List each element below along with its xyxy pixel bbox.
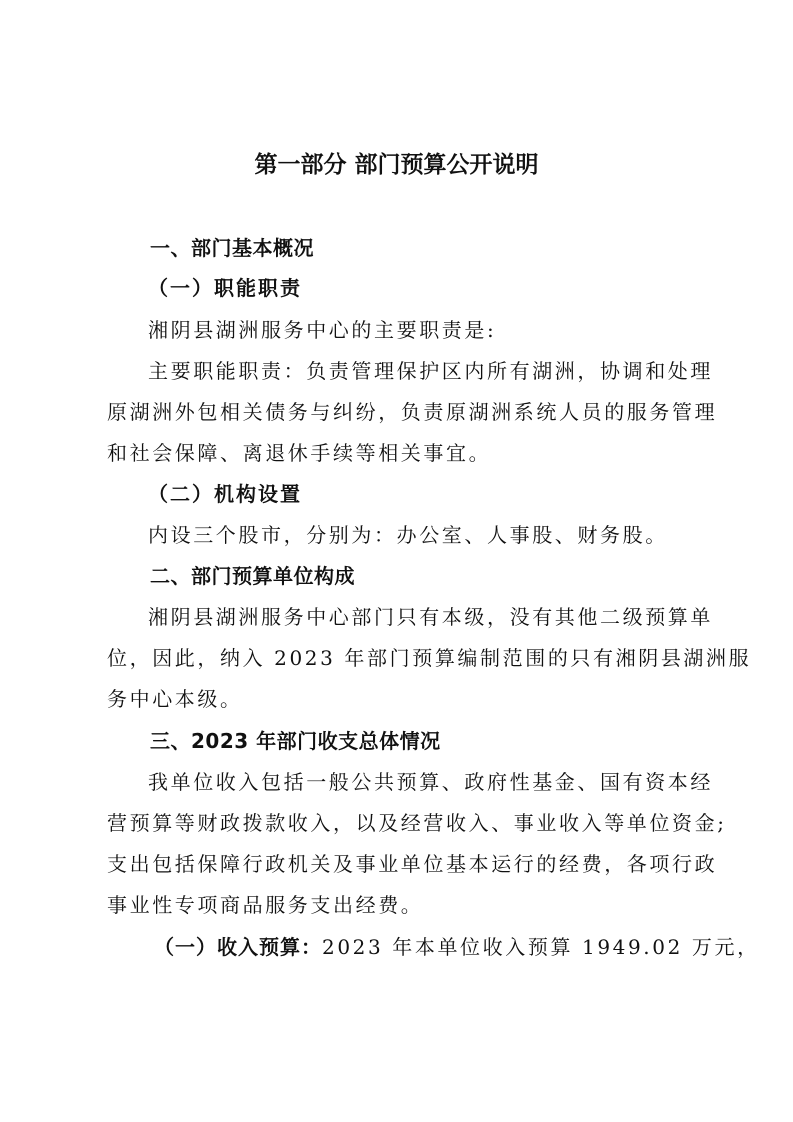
section-heading-budget-units: 二、部门预算单位构成 — [150, 562, 734, 590]
paragraph-overall-line-1: 我单位收入包括一般公共预算、政府性基金、国有资本经 — [148, 768, 691, 796]
paragraph-revenue-budget: （一）收入预算：2023 年本单位收入预算 1949.02 万元， — [154, 933, 697, 961]
document-page: 第一部分 部门预算公开说明 一、部门基本概况 （一）职能职责 湘阴县湖洲服务中心… — [0, 0, 793, 1122]
subsection-heading-duties: （一）职能职责 — [148, 274, 732, 302]
paragraph-organization: 内设三个股市，分别为：办公室、人事股、财务股。 — [148, 521, 691, 549]
subsection-heading-organization: （二）机构设置 — [148, 480, 732, 508]
paragraph-duties-intro: 湘阴县湖洲服务中心的主要职责是: — [148, 316, 691, 344]
paragraph-units-line-1: 湘阴县湖洲服务中心部门只有本级，没有其他二级预算单 — [148, 603, 691, 631]
paragraph-duties-line-2: 原湖洲外包相关债务与纠纷，负责原湖洲系统人员的服务管理 — [107, 398, 691, 426]
paragraph-overall-line-3: 支出包括保障行政机关及事业单位基本运行的经费，各项行政 — [107, 850, 691, 878]
paragraph-units-line-3: 务中心本级。 — [107, 685, 691, 713]
paragraph-units-line-2: 位，因此，纳入 2023 年部门预算编制范围的只有湘阴县湖洲服 — [107, 644, 691, 672]
revenue-budget-text: 2023 年本单位收入预算 1949.02 万元， — [322, 935, 760, 959]
revenue-budget-label: （一）收入预算： — [154, 935, 322, 959]
section-heading-basic-overview: 一、部门基本概况 — [150, 234, 734, 262]
page-title: 第一部分 部门预算公开说明 — [0, 146, 793, 179]
paragraph-duties-line-3: 和社会保障、离退休手续等相关事宜。 — [107, 439, 691, 467]
paragraph-duties-line-1: 主要职能职责：负责管理保护区内所有湖洲，协调和处理 — [148, 357, 691, 385]
section-heading-overall-revenue-expenditure: 三、2023 年部门收支总体情况 — [150, 727, 734, 755]
paragraph-overall-line-4: 事业性专项商品服务支出经费。 — [107, 891, 691, 919]
paragraph-overall-line-2: 营预算等财政拨款收入，以及经营收入、事业收入等单位资金; — [107, 809, 691, 837]
